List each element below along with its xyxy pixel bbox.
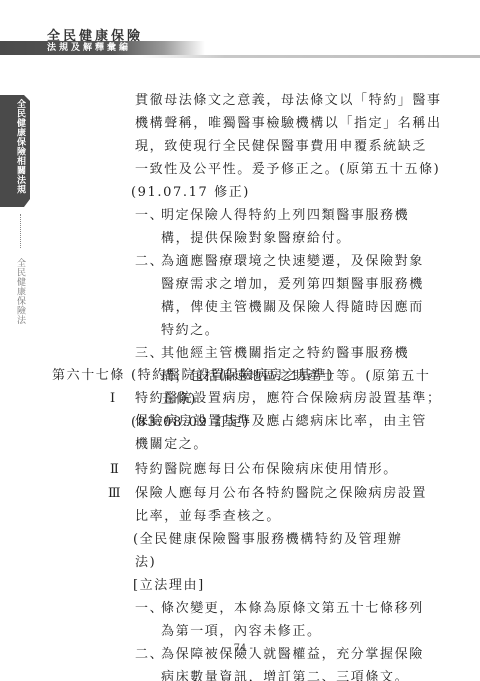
paragraph-line: 比率，並每季查核之。 bbox=[135, 509, 281, 525]
paragraph-marker: Ⅲ bbox=[108, 486, 122, 502]
article-title: (特約醫院設置保險病房之基準) bbox=[131, 368, 334, 384]
list-marker: 二、 bbox=[135, 254, 164, 270]
paragraph-marker: Ⅱ bbox=[110, 462, 120, 478]
list-item-line: 條次變更，本條為原條文第五十七條移列 bbox=[161, 601, 424, 617]
header-subtitle: 法規及解釋彙編 bbox=[47, 41, 131, 55]
list-item-line: 明定保險人得特約上列四類醫事服務機 bbox=[161, 208, 409, 224]
list-item-line: 病床數量資訊，增訂第二、三項條文。 bbox=[161, 670, 409, 681]
related-regulation: 法) bbox=[135, 555, 156, 571]
paragraph-line: 保險人應每月公布各特約醫院之保險病房設置 bbox=[135, 486, 427, 502]
list-item-line: 其他經主管機關指定之特約醫事服務機 bbox=[161, 346, 409, 362]
amend-note: (91.07.17 修正) bbox=[131, 185, 250, 201]
body-line: 貫徹母法條文之意義，母法條文以「特約」醫事 bbox=[135, 93, 442, 109]
list-item-line: 為第一項，內容未修正。 bbox=[161, 624, 322, 640]
sidebar-dotted-divider bbox=[20, 214, 21, 248]
list-item-line: 醫療需求之增加，爰列第四類醫事服務機 bbox=[161, 277, 424, 293]
paragraph-line: 特約醫院應每日公布保險病床使用情形。 bbox=[135, 462, 398, 478]
list-marker: 一、 bbox=[135, 601, 164, 617]
header-rule bbox=[140, 55, 480, 58]
page-number: - 74 - bbox=[0, 643, 480, 654]
list-item-line: 特約之。 bbox=[161, 323, 219, 339]
reason-heading: [立法理由] bbox=[133, 578, 205, 594]
body-line: 現，致使現行全民健保醫事費用申覆系統缺乏 bbox=[135, 139, 427, 155]
sidebar-tab-label: 全民健康保險相關法規 bbox=[13, 99, 25, 194]
paragraph-line: 機關定之。 bbox=[135, 437, 208, 453]
paragraph-marker: Ⅰ bbox=[110, 391, 117, 407]
list-item-line: 為適應醫療環境之快速變遷，及保險對象 bbox=[161, 254, 424, 270]
list-marker: 三、 bbox=[135, 346, 164, 362]
list-item-line: 構，俾使主管機關及保險人得隨時因應而 bbox=[161, 300, 424, 316]
article-number: 第六十七條 bbox=[52, 368, 125, 384]
list-item-line: 構，提供保險對象醫療給付。 bbox=[161, 231, 351, 247]
body-line: 一致性及公平性。爰予修正之。(原第五十五條) bbox=[135, 162, 440, 178]
sidebar-sub-label: 全民健康保險法 bbox=[13, 258, 25, 325]
paragraph-line: 特約醫院設置病房，應符合保險病房設置基準； bbox=[135, 391, 442, 407]
paragraph-line: 保險病房設置基準及應占總病床比率，由主管 bbox=[135, 414, 427, 430]
related-regulation: (全民健康保險醫事服務機構特約及管理辦 bbox=[133, 532, 402, 548]
list-marker: 一、 bbox=[135, 208, 164, 224]
body-line: 機構聲稱，唯獨醫事檢驗機構以「指定」名稱出 bbox=[135, 116, 442, 132]
